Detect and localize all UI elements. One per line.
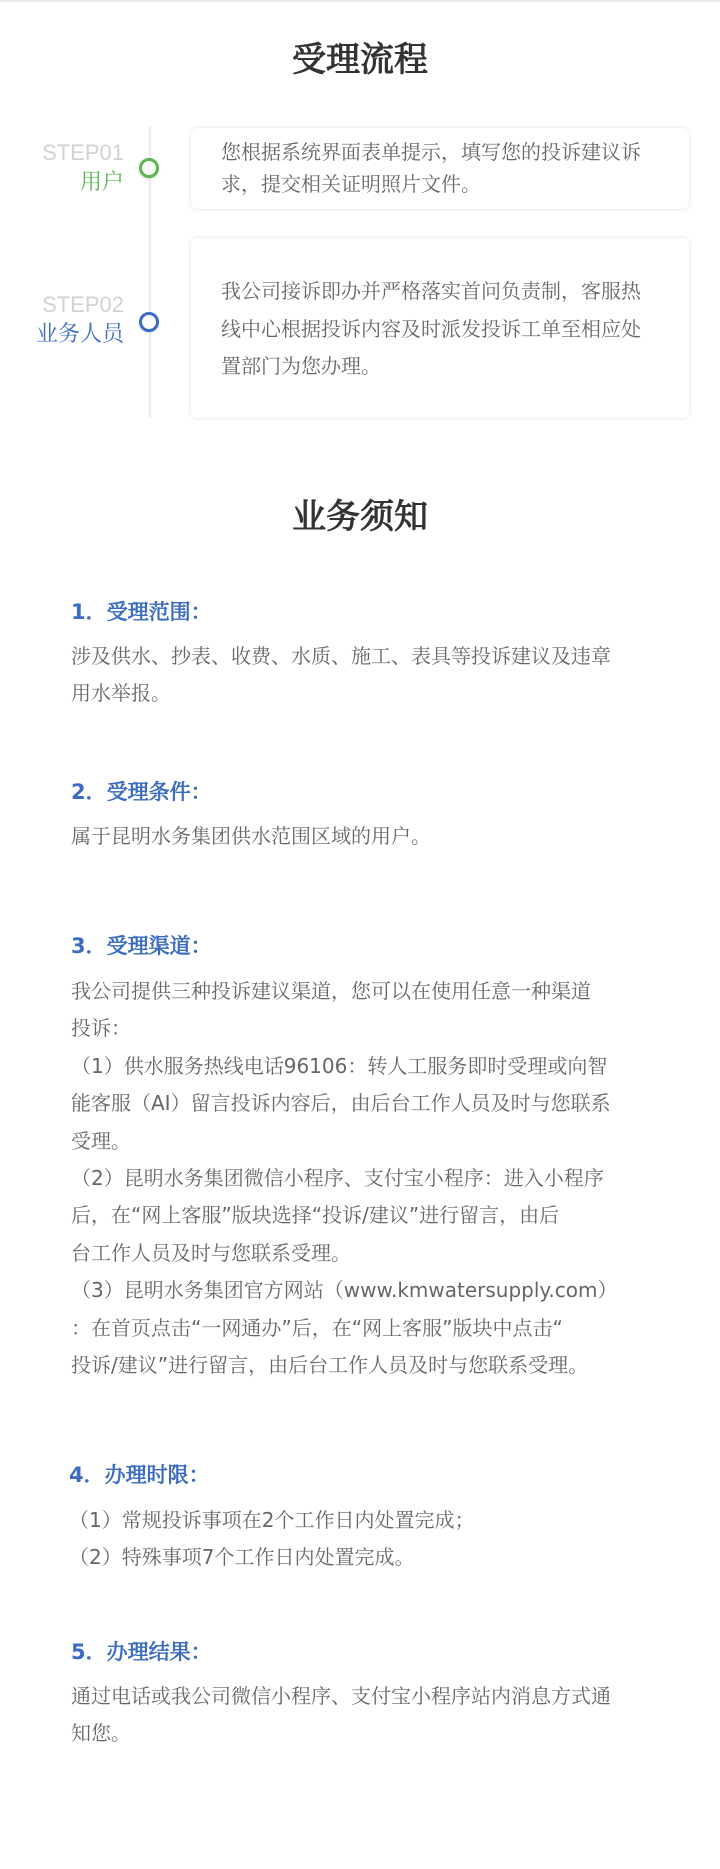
notice-line: ：在首页点击“一网通办”后，在“网上客服”版块中点击“ xyxy=(71,1310,671,1347)
step-1-card: 您根据系统界面表单提示，填写您的投诉建议诉 求，提交相关证明照片文件。 xyxy=(191,128,689,209)
step-2-label: STEP02 业务人员 xyxy=(36,290,124,350)
notice-heading: 2．受理条件： xyxy=(71,774,671,810)
step-2-text-line: 线中心根据投诉内容及时派发投诉工单至相应处 xyxy=(221,311,689,349)
notice-line: （3）昆明水务集团官方网站（www.kmwatersupply.com） xyxy=(71,1272,671,1309)
notice-line: 能客服（AI）留言投诉内容后，由后台工作人员及时与您联系 xyxy=(71,1085,671,1122)
notice-heading: 5．办理结果： xyxy=(71,1634,671,1670)
step-2-role: 业务人员 xyxy=(36,320,124,350)
step-1-text-line: 求，提交相关证明照片文件。 xyxy=(221,168,689,200)
step-1-code: STEP01 xyxy=(42,138,124,168)
notice-line: （2）特殊事项7个工作日内处置完成。 xyxy=(69,1539,669,1576)
notice-item-scope: 1．受理范围： 涉及供水、抄表、收费、水质、施工、表具等投诉建议及违章 用水举报… xyxy=(71,594,671,713)
notice-line: 投诉： xyxy=(71,1010,671,1047)
step-1-label: STEP01 用户 xyxy=(42,138,124,198)
notice-line: （1）常规投诉事项在2个工作日内处置完成； xyxy=(69,1502,669,1539)
process-title: 受理流程 xyxy=(0,38,720,82)
notice-line: 用水举报。 xyxy=(71,675,671,712)
notice-line: 后，在“网上客服”版块选择“投诉/建议”进行留言，由后 xyxy=(71,1197,671,1234)
notice-body: （1）常规投诉事项在2个工作日内处置完成； （2）特殊事项7个工作日内处置完成。 xyxy=(69,1502,669,1577)
step-2-text-line: 置部门为您办理。 xyxy=(221,348,689,386)
notice-body: 涉及供水、抄表、收费、水质、施工、表具等投诉建议及违章 用水举报。 xyxy=(71,638,671,713)
notice-heading: 4．办理时限： xyxy=(69,1457,669,1493)
notice-line: 受理。 xyxy=(71,1123,671,1160)
step-1-text-line: 您根据系统界面表单提示，填写您的投诉建议诉 xyxy=(221,136,689,168)
notice-line: 涉及供水、抄表、收费、水质、施工、表具等投诉建议及违章 xyxy=(71,638,671,675)
notice-item-result: 5．办理结果： 通过电话或我公司微信小程序、支付宝小程序站内消息方式通 知您。 xyxy=(71,1634,671,1753)
notice-body: 通过电话或我公司微信小程序、支付宝小程序站内消息方式通 知您。 xyxy=(71,1678,671,1753)
top-divider xyxy=(0,0,720,2)
notice-line: 投诉/建议”进行留言，由后台工作人员及时与您联系受理。 xyxy=(71,1347,671,1384)
notice-line: 我公司提供三种投诉建议渠道，您可以在使用任意一种渠道 xyxy=(71,973,671,1010)
notice-line: （1）供水服务热线电话96106：转人工服务即时受理或向智 xyxy=(71,1048,671,1085)
step-1-dot-icon xyxy=(139,158,159,178)
notice-item-channels: 3．受理渠道： 我公司提供三种投诉建议渠道，您可以在使用任意一种渠道 投诉： （… xyxy=(71,928,671,1384)
notice-line: 属于昆明水务集团供水范围区域的用户。 xyxy=(71,818,671,855)
step-1-role: 用户 xyxy=(42,168,124,198)
notice-heading: 1．受理范围： xyxy=(71,594,671,630)
step-2-dot-icon xyxy=(139,312,159,332)
notice-body: 属于昆明水务集团供水范围区域的用户。 xyxy=(71,818,671,855)
step-2-code: STEP02 xyxy=(36,290,124,320)
step-2-text-line: 我公司接诉即办并严格落实首问负责制，客服热 xyxy=(221,273,689,311)
step-2-card: 我公司接诉即办并严格落实首问负责制，客服热 线中心根据投诉内容及时派发投诉工单至… xyxy=(191,238,689,418)
notice-item-time-limit: 4．办理时限： （1）常规投诉事项在2个工作日内处置完成； （2）特殊事项7个工… xyxy=(69,1457,669,1577)
notice-line: 通过电话或我公司微信小程序、支付宝小程序站内消息方式通 xyxy=(71,1678,671,1715)
notice-heading: 3．受理渠道： xyxy=(71,928,671,964)
notice-line: （2）昆明水务集团微信小程序、支付宝小程序：进入小程序 xyxy=(71,1160,671,1197)
notice-line: 知您。 xyxy=(71,1715,671,1752)
notice-title: 业务须知 xyxy=(0,495,720,539)
notice-body: 我公司提供三种投诉建议渠道，您可以在使用任意一种渠道 投诉： （1）供水服务热线… xyxy=(71,973,671,1384)
notice-item-eligibility: 2．受理条件： 属于昆明水务集团供水范围区域的用户。 xyxy=(71,774,671,855)
notice-line: 台工作人员及时与您联系受理。 xyxy=(71,1235,671,1272)
